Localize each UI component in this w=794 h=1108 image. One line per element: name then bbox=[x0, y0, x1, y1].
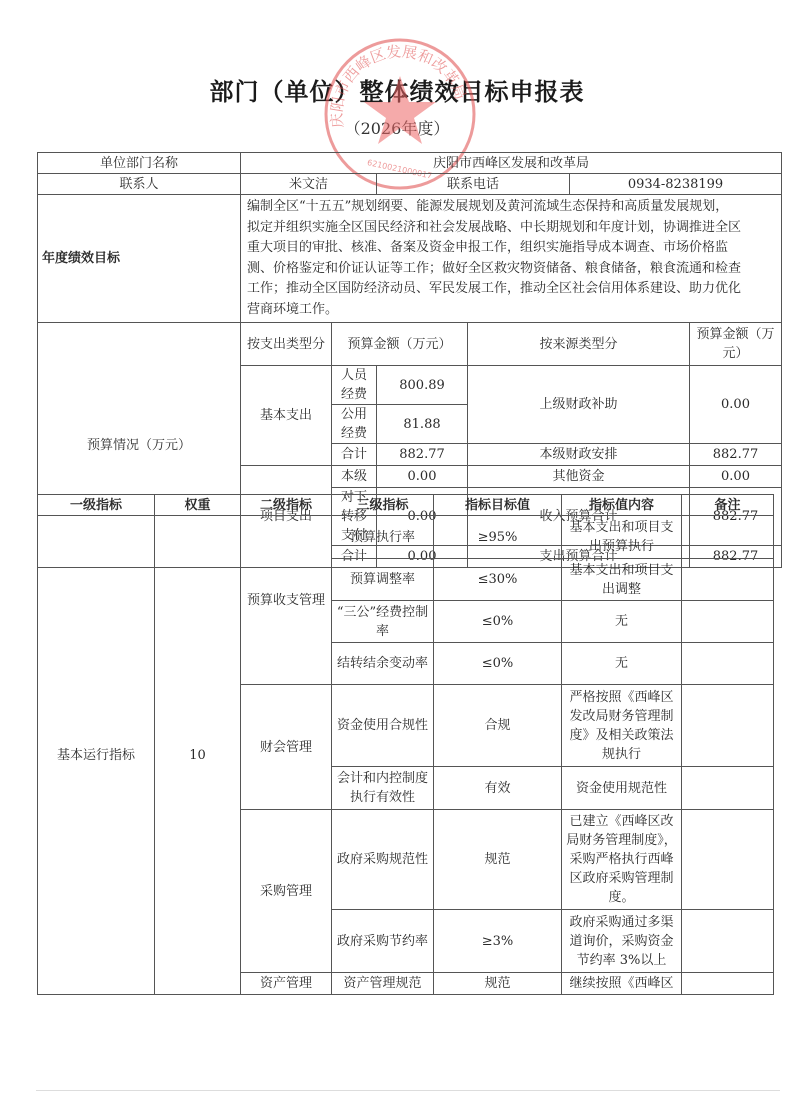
scan-edge-line bbox=[36, 1090, 780, 1091]
target-value: 规范 bbox=[434, 973, 562, 995]
indicators-table: 一级指标 权重 二级指标 三级指标 指标目标值 指标值内容 备注 基本运行指标 … bbox=[37, 494, 774, 995]
note-value bbox=[682, 516, 774, 559]
level3-value: 预算执行率 bbox=[332, 516, 434, 559]
level3-value: 政府采购规范性 bbox=[332, 810, 434, 910]
level2-value: 资产管理 bbox=[241, 973, 332, 995]
level3-value: 会计和内控制度执行有效性 bbox=[332, 767, 434, 810]
page-subtitle-year: （2026年度） bbox=[0, 116, 794, 139]
header-level3: 三级指标 bbox=[332, 495, 434, 516]
project-item: 本级 bbox=[332, 466, 377, 488]
source-amount-header: 预算金额（万元） bbox=[690, 323, 782, 366]
source-item: 本级财政安排 bbox=[468, 444, 690, 466]
basic-item: 合计 bbox=[332, 444, 377, 466]
content-value: 严格按照《西峰区发改局财务管理制度》及相关政策法规执行 bbox=[562, 685, 682, 767]
header-level1: 一级指标 bbox=[38, 495, 155, 516]
weight-value: 10 bbox=[155, 516, 241, 995]
source-item: 上级财政补助 bbox=[468, 366, 690, 444]
note-value bbox=[682, 973, 774, 995]
note-value bbox=[682, 685, 774, 767]
unit-value: 庆阳市西峰区发展和改革局 bbox=[241, 153, 782, 174]
note-value bbox=[682, 601, 774, 643]
level2-value: 预算收支管理 bbox=[241, 516, 332, 685]
target-value: ≥95% bbox=[434, 516, 562, 559]
basic-item: 公用经费 bbox=[332, 405, 377, 444]
note-value bbox=[682, 767, 774, 810]
content-value: 继续按照《西峰区 bbox=[562, 973, 682, 995]
level3-value: 结转结余变动率 bbox=[332, 643, 434, 685]
unit-label: 单位部门名称 bbox=[38, 153, 241, 174]
basic-item: 人员经费 bbox=[332, 366, 377, 405]
target-value: ≥3% bbox=[434, 910, 562, 973]
content-value: 政府采购通过多渠道询价，采购资金节约率 3%以上 bbox=[562, 910, 682, 973]
header-level2: 二级指标 bbox=[241, 495, 332, 516]
target-value: ≤30% bbox=[434, 559, 562, 601]
level3-value: “三公”经费控制率 bbox=[332, 601, 434, 643]
content-value: 已建立《西峰区改局财务管理制度》，采购严格执行西峰区政府采购管理制度。 bbox=[562, 810, 682, 910]
basic-value: 81.88 bbox=[377, 405, 468, 444]
by-source-header: 按来源类型分 bbox=[468, 323, 690, 366]
note-value bbox=[682, 643, 774, 685]
header-note: 备注 bbox=[682, 495, 774, 516]
level1-value: 基本运行指标 bbox=[38, 516, 155, 995]
phone-label: 联系电话 bbox=[377, 174, 570, 195]
basic-expense-label: 基本支出 bbox=[241, 366, 332, 466]
source-value: 882.77 bbox=[690, 444, 782, 466]
note-value bbox=[682, 910, 774, 973]
target-value: ≤0% bbox=[434, 601, 562, 643]
basic-value: 800.89 bbox=[377, 366, 468, 405]
level2-value: 财会管理 bbox=[241, 685, 332, 810]
by-expense-header: 按支出类型分 bbox=[241, 323, 332, 366]
source-item: 其他资金 bbox=[468, 466, 690, 488]
content-value: 无 bbox=[562, 643, 682, 685]
level3-value: 资产管理规范 bbox=[332, 973, 434, 995]
goal-label: 年度绩效目标 bbox=[38, 195, 241, 323]
contact-value: 米文洁 bbox=[241, 174, 377, 195]
target-value: ≤0% bbox=[434, 643, 562, 685]
header-target: 指标目标值 bbox=[434, 495, 562, 516]
project-value: 0.00 bbox=[377, 466, 468, 488]
target-value: 合规 bbox=[434, 685, 562, 767]
header-weight: 权重 bbox=[155, 495, 241, 516]
basic-value: 882.77 bbox=[377, 444, 468, 466]
contact-label: 联系人 bbox=[38, 174, 241, 195]
phone-value: 0934-8238199 bbox=[570, 174, 782, 195]
level3-value: 资金使用合规性 bbox=[332, 685, 434, 767]
header-content: 指标值内容 bbox=[562, 495, 682, 516]
target-value: 有效 bbox=[434, 767, 562, 810]
note-value bbox=[682, 810, 774, 910]
level3-value: 预算调整率 bbox=[332, 559, 434, 601]
source-value: 0.00 bbox=[690, 366, 782, 444]
content-value: 资金使用规范性 bbox=[562, 767, 682, 810]
content-value: 基本支出和项目支出预算执行 bbox=[562, 516, 682, 559]
goal-text: 编制全区“十五五”规划纲要、能源发展规划及黄河流域生态保持和高质量发展规划， 拟… bbox=[241, 195, 782, 323]
source-value: 0.00 bbox=[690, 466, 782, 488]
level2-value: 采购管理 bbox=[241, 810, 332, 973]
level3-value: 政府采购节约率 bbox=[332, 910, 434, 973]
note-value bbox=[682, 559, 774, 601]
target-value: 规范 bbox=[434, 810, 562, 910]
content-value: 无 bbox=[562, 601, 682, 643]
page-title: 部门（单位）整体绩效目标申报表 bbox=[0, 72, 794, 107]
content-value: 基本支出和项目支出调整 bbox=[562, 559, 682, 601]
amount-header: 预算金额（万元） bbox=[332, 323, 468, 366]
